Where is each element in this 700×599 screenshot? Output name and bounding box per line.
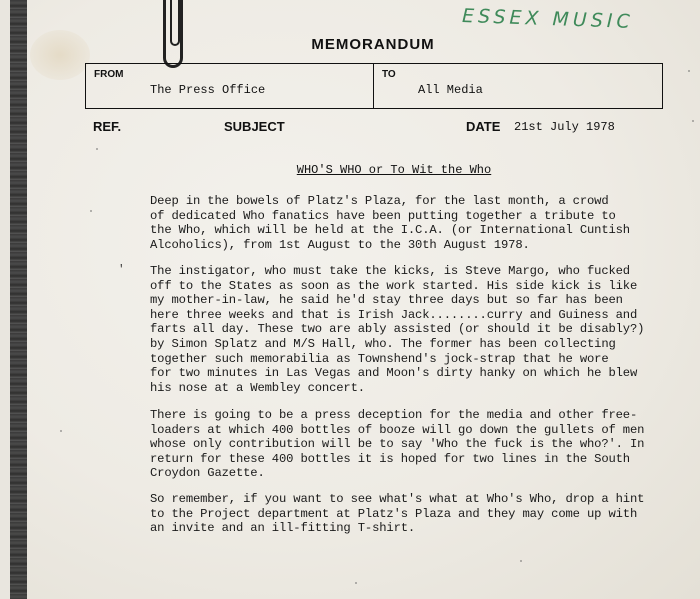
margin-mark: '	[118, 264, 125, 276]
to-label: TO	[382, 69, 396, 80]
binding-strip	[10, 0, 27, 599]
from-value: The Press Office	[150, 83, 265, 97]
handwritten-annotation: ESSEX MUSIC	[462, 5, 634, 33]
from-label: FROM	[94, 69, 123, 80]
paragraph-4: So remember, if you want to see what's w…	[150, 492, 680, 536]
from-cell: FROM The Press Office	[86, 64, 374, 108]
paperclip-icon	[163, 0, 183, 68]
paragraph-1: Deep in the bowels of Platz's Plaza, for…	[150, 194, 680, 252]
to-value: All Media	[418, 83, 483, 97]
date-label: DATE	[466, 119, 500, 134]
paragraph-2: The instigator, who must take the kicks,…	[150, 264, 680, 395]
from-to-box: FROM The Press Office TO All Media	[85, 63, 663, 109]
to-cell: TO All Media	[374, 64, 662, 108]
memo-title: MEMORANDUM	[0, 36, 700, 53]
ref-label: REF.	[93, 119, 121, 134]
page-edge	[0, 0, 10, 599]
memo-heading: WHO'S WHO or To Wit the Who	[0, 163, 700, 177]
memo-page: ESSEX MUSIC MEMORANDUM FROM The Press Of…	[0, 0, 700, 599]
date-value: 21st July 1978	[514, 120, 615, 134]
subject-label: SUBJECT	[224, 119, 285, 134]
paragraph-3: There is going to be a press deception f…	[150, 408, 680, 481]
